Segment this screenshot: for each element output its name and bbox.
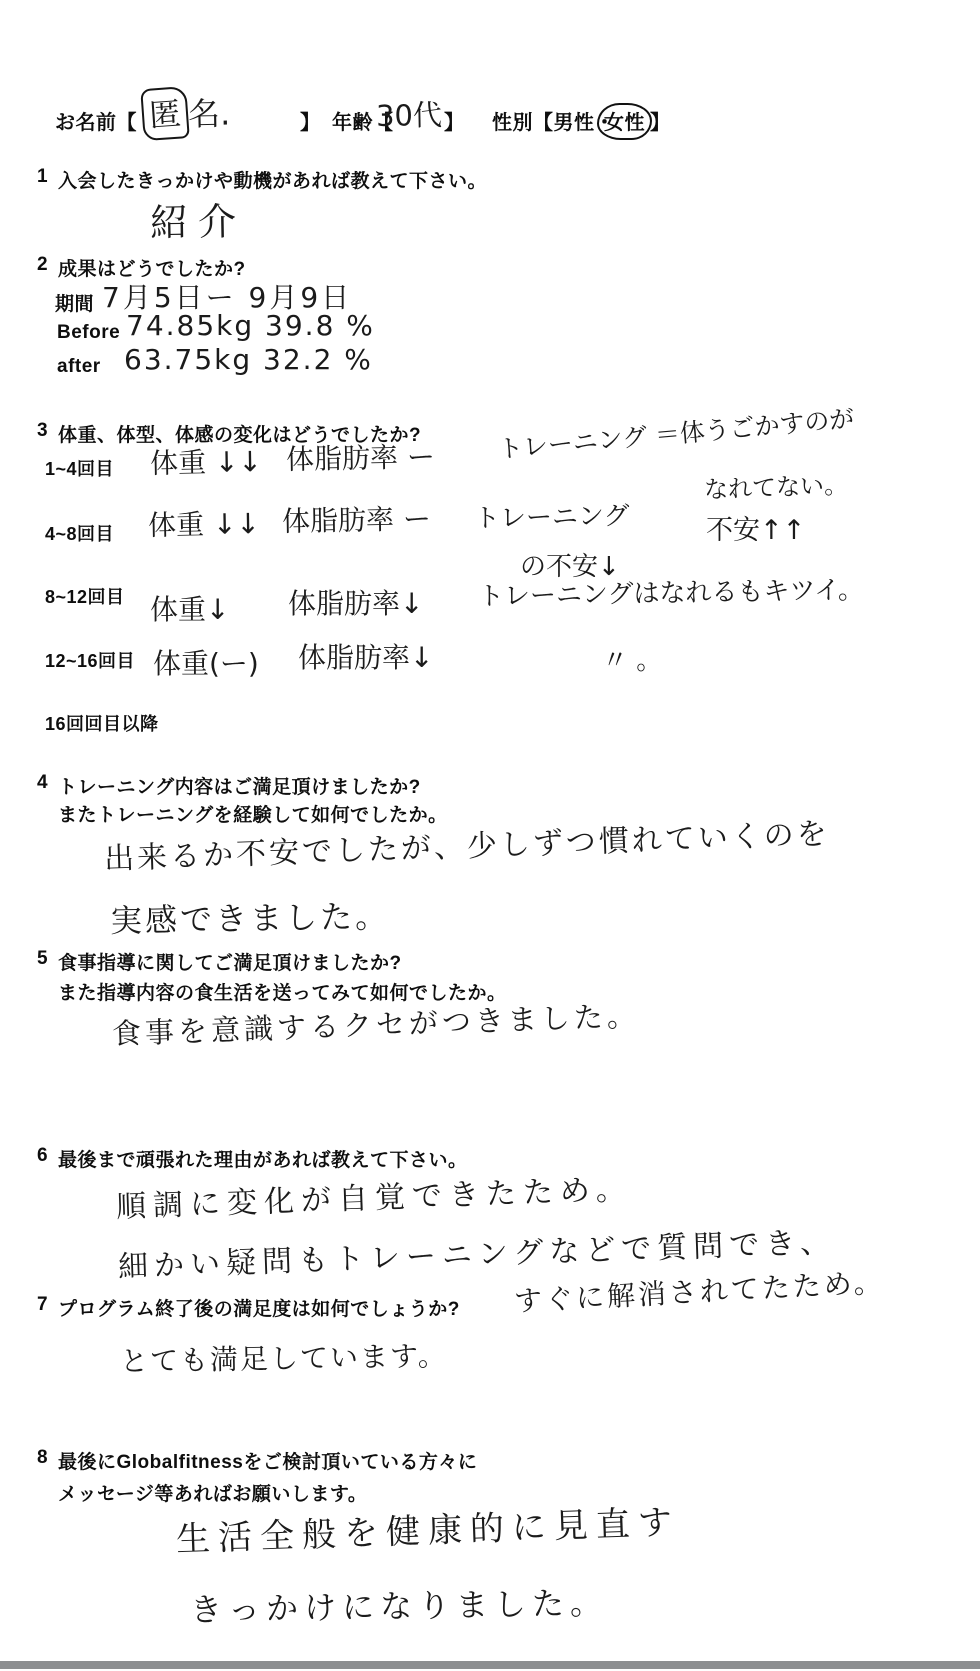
q3-row2-weight: 体重 ↓↓ [148,502,261,544]
q6-number: 6 [37,1145,48,1167]
q4-title-line2: またトレーニングを経験して如何でしたか。 [58,800,448,827]
q7-number: 7 [37,1294,48,1316]
q2-before-value: 74.85kg 39.8 % [126,309,375,342]
q2-after-value: 63.75kg 32.2 % [124,343,373,376]
q4-title-line1: トレーニング内容はご満足頂けましたか? [58,772,421,799]
q7-title: プログラム終了後の満足度は如何でしょうか? [58,1294,460,1321]
q3-number: 3 [37,420,48,442]
q3-row3-label: 8~12回目 [45,583,125,609]
q5-title-line1: 食事指導に関してご満足頂けましたか? [58,948,402,975]
name-field-label: お名前【 [55,106,137,135]
name-value: 匿名. [142,86,231,140]
q3-row1-weight: 体重 ↓↓ [150,440,263,482]
q3-row1-label: 1~4回目 [45,455,114,481]
q1-answer: 紹介 [150,190,247,247]
q8-title-line1: 最後にGlobalfitnessをご検討頂いている方々に [58,1447,477,1474]
q2-before-label: Before [57,322,120,344]
q3-row1-fat: 体脂肪率 ー [286,435,436,478]
q8-answer-line2: きっかけになりました。 [190,1578,609,1631]
q3-row4-fat: 体脂肪率↓ [298,636,433,676]
name-close-bracket: 】 [300,106,321,135]
q3-row2-note3: 不安↑↑ [706,508,805,547]
q3-row2-fat: 体脂肪率 ー [282,497,432,540]
q3-row3-weight: 体重↓ [150,588,229,628]
q7-answer: とても満足しています。 [120,1334,448,1380]
q2-number: 2 [37,254,48,276]
q3-row4-note: 〃 。 [602,640,662,677]
q3-row1-note: トレーニング ＝体うごかすのが [496,399,855,466]
q6-answer-line1: 順調に変化が自覚できたため。 [115,1164,633,1226]
q2-period-label: 期間 [55,289,94,316]
gender-option-female: 女性 [597,103,652,140]
q3-row4-weight: 体重(ー) [153,642,259,682]
q8-title-line2: メッセージ等あればお願いします。 [58,1479,367,1506]
gender-circle-annotation: 女性 [597,103,652,140]
q3-row2-label: 4~8回目 [45,520,114,546]
q3-row3-fat: 体脂肪率↓ [288,582,423,622]
q3-row3-note: トレーニングはなれるもキツイ。 [478,569,864,613]
q5-number: 5 [37,948,48,970]
scan-edge-bar [0,1661,980,1669]
q3-last-row-label: 16回回目以降 [45,710,159,736]
q1-title: 入会したきっかけや動機があれば教えて下さい。 [58,166,487,193]
name-enclosure-mark: 匿 [140,86,190,141]
q4-number: 4 [37,772,48,794]
age-value: 30代 [376,93,443,135]
name-value-rest: 名. [188,94,231,133]
q1-number: 1 [37,166,48,188]
q3-row1-note2: なれてない。 [703,465,848,505]
q3-row2-note: トレーニング [474,495,630,535]
age-close-bracket: 】 [444,106,465,135]
q2-after-label: after [57,356,101,378]
q3-row4-label: 12~16回目 [45,647,135,673]
q6-title: 最後まで頑張れた理由があれば教えて下さい。 [58,1145,468,1172]
q4-answer-line2: 実感できました。 [110,891,391,942]
survey-scan-page: お名前【 匿名. 】 年齢【 30代 】 性別【男性・ 女性 】 1 入会したき… [0,0,980,1671]
gender-close-bracket: 】 [650,106,671,135]
q8-number: 8 [37,1447,48,1469]
